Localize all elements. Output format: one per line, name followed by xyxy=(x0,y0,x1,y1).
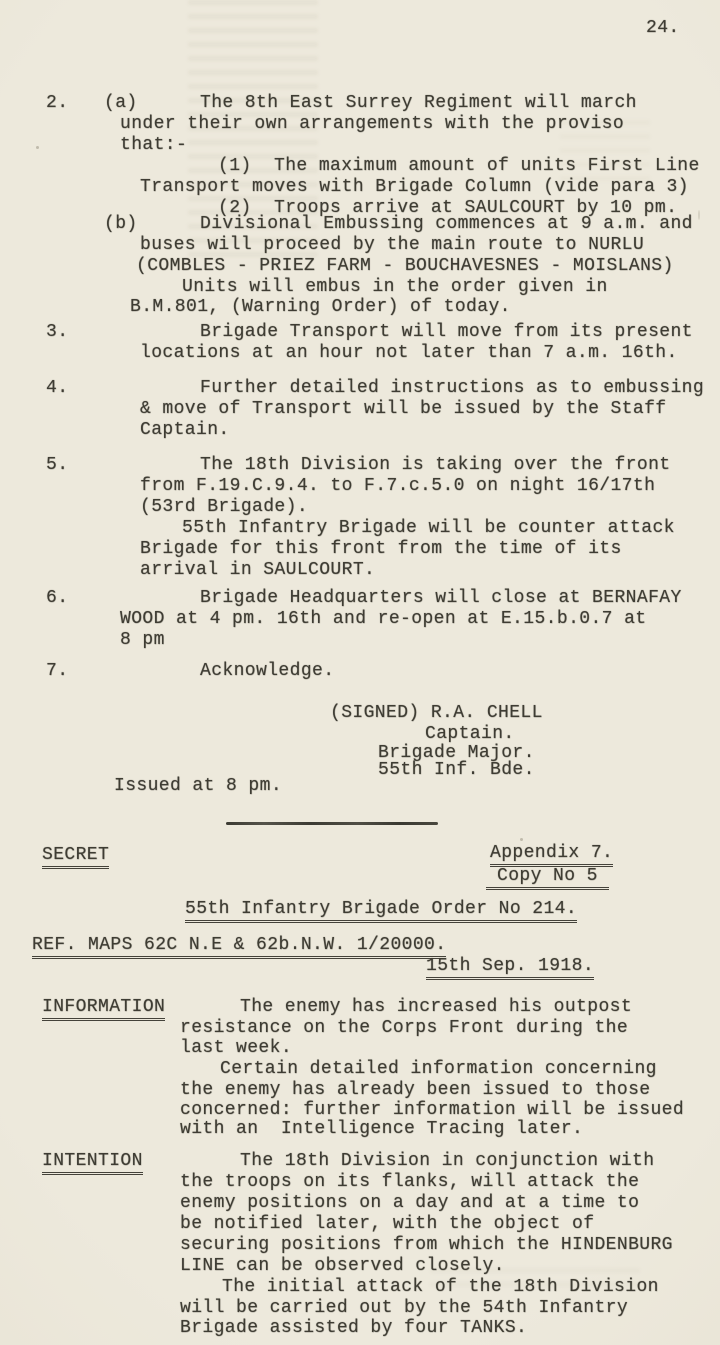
para5-text-line: 55th Infantry Brigade will be counter at… xyxy=(182,518,675,538)
intention-text-line: securing positions from which the HINDEN… xyxy=(180,1235,673,1255)
para5-text-line: The 18th Division is taking over the fro… xyxy=(200,455,670,475)
map-reference: REF. MAPS 62C N.E & 62b.N.W. 1/20000. xyxy=(32,935,446,959)
signature-unit: 55th Inf. Bde. xyxy=(378,760,535,780)
para6-text-line: Brigade Headquarters will close at BERNA… xyxy=(200,588,682,608)
paper-speck xyxy=(520,838,523,841)
para4-number: 4. xyxy=(46,378,68,398)
intention-text-line: be notified later, with the object of xyxy=(180,1214,594,1234)
para5-text-line: arrival in SAULCOURT. xyxy=(140,560,375,580)
paper-speck xyxy=(698,210,700,220)
para2a-text-line: under their own arrangements with the pr… xyxy=(120,114,624,134)
para2a-text-line: The 8th East Surrey Regiment will march xyxy=(200,93,637,113)
information-text-line: the enemy has already been issued to tho… xyxy=(180,1080,650,1100)
para5-text-line: (53rd Brigade). xyxy=(140,497,308,517)
information-text-line: resistance on the Corps Front during the xyxy=(180,1018,628,1038)
intention-text-line: LINE can be observed closely. xyxy=(180,1256,505,1276)
intention-text-line: The 18th Division in conjunction with xyxy=(240,1151,654,1171)
appendix-label: Appendix 7. xyxy=(490,843,613,867)
para2b-text-line: Divisional Embussing commences at 9 a.m.… xyxy=(200,214,693,234)
para2b-text-line: buses will proceed by the main route to … xyxy=(140,235,644,255)
intention-text-line: The initial attack of the 18th Division xyxy=(222,1277,659,1297)
intention-text-line: will be carried out by the 54th Infantry xyxy=(180,1298,628,1318)
section-divider-line xyxy=(226,822,438,825)
intention-heading: INTENTION xyxy=(42,1151,143,1175)
paper-speck xyxy=(36,146,39,149)
para6-text-line: WOOD at 4 pm. 16th and re-open at E.15.b… xyxy=(120,609,646,629)
page-number: 24. xyxy=(646,18,680,38)
para5-text-line: Brigade for this front from the time of … xyxy=(140,539,622,559)
information-heading: INFORMATION xyxy=(42,997,165,1021)
copy-number-label: Copy No 5 xyxy=(486,866,609,890)
para2a-label: (a) xyxy=(104,93,138,113)
information-text-line: concerned: further information will be i… xyxy=(180,1100,684,1120)
information-text-line: last week. xyxy=(180,1038,292,1058)
scanned-document-page: 24. 2. (a) The 8th East Surrey Regiment … xyxy=(0,0,720,1345)
order-date: 15th Sep. 1918. xyxy=(426,956,594,980)
issued-time: Issued at 8 pm. xyxy=(114,776,282,796)
para2b-text-line: Units will embus in the order given in xyxy=(182,277,608,297)
intention-text-line: Brigade assisted by four TANKS. xyxy=(180,1318,527,1338)
para3-text-line: locations at an hour not later than 7 a.… xyxy=(140,343,678,363)
para4-text-line: Further detailed instructions as to embu… xyxy=(200,378,704,398)
para3-number: 3. xyxy=(46,322,68,342)
para2a-text-line: (1) The maximum amount of units First Li… xyxy=(218,156,700,176)
classification-label: SECRET xyxy=(42,845,109,869)
information-text-line: The enemy has increased his outpost xyxy=(240,997,632,1017)
information-text-line: with an Intelligence Tracing later. xyxy=(180,1119,583,1139)
para6-text-line: 8 pm xyxy=(120,630,165,650)
para2a-text-line: that:- xyxy=(120,135,187,155)
signature-rank: Captain. xyxy=(425,724,515,744)
para6-number: 6. xyxy=(46,588,68,608)
para7-text-line: Acknowledge. xyxy=(200,661,334,681)
para5-text-line: from F.19.C.9.4. to F.7.c.5.0 on night 1… xyxy=(140,476,655,496)
intention-text-line: enemy positions on a day and at a time t… xyxy=(180,1193,639,1213)
para5-number: 5. xyxy=(46,455,68,475)
para4-text-line: & move of Transport will be issued by th… xyxy=(140,399,666,419)
para2-number: 2. xyxy=(46,93,68,113)
para2b-label: (b) xyxy=(104,214,138,234)
information-text-line: Certain detailed information concerning xyxy=(220,1059,657,1079)
para2b-text-line: B.M.801, (Warning Order) of today. xyxy=(130,297,511,317)
para4-text-line: Captain. xyxy=(140,420,230,440)
intention-text-line: the troops on its flanks, will attack th… xyxy=(180,1172,639,1192)
signature-signed-line: (SIGNED) R.A. CHELL xyxy=(330,703,543,723)
para3-text-line: Brigade Transport will move from its pre… xyxy=(200,322,693,342)
order-title: 55th Infantry Brigade Order No 214. xyxy=(185,899,577,923)
para7-number: 7. xyxy=(46,661,68,681)
para2b-text-line: (COMBLES - PRIEZ FARM - BOUCHAVESNES - M… xyxy=(136,256,674,276)
para2a-text-line: Transport moves with Brigade Column (vid… xyxy=(140,177,689,197)
